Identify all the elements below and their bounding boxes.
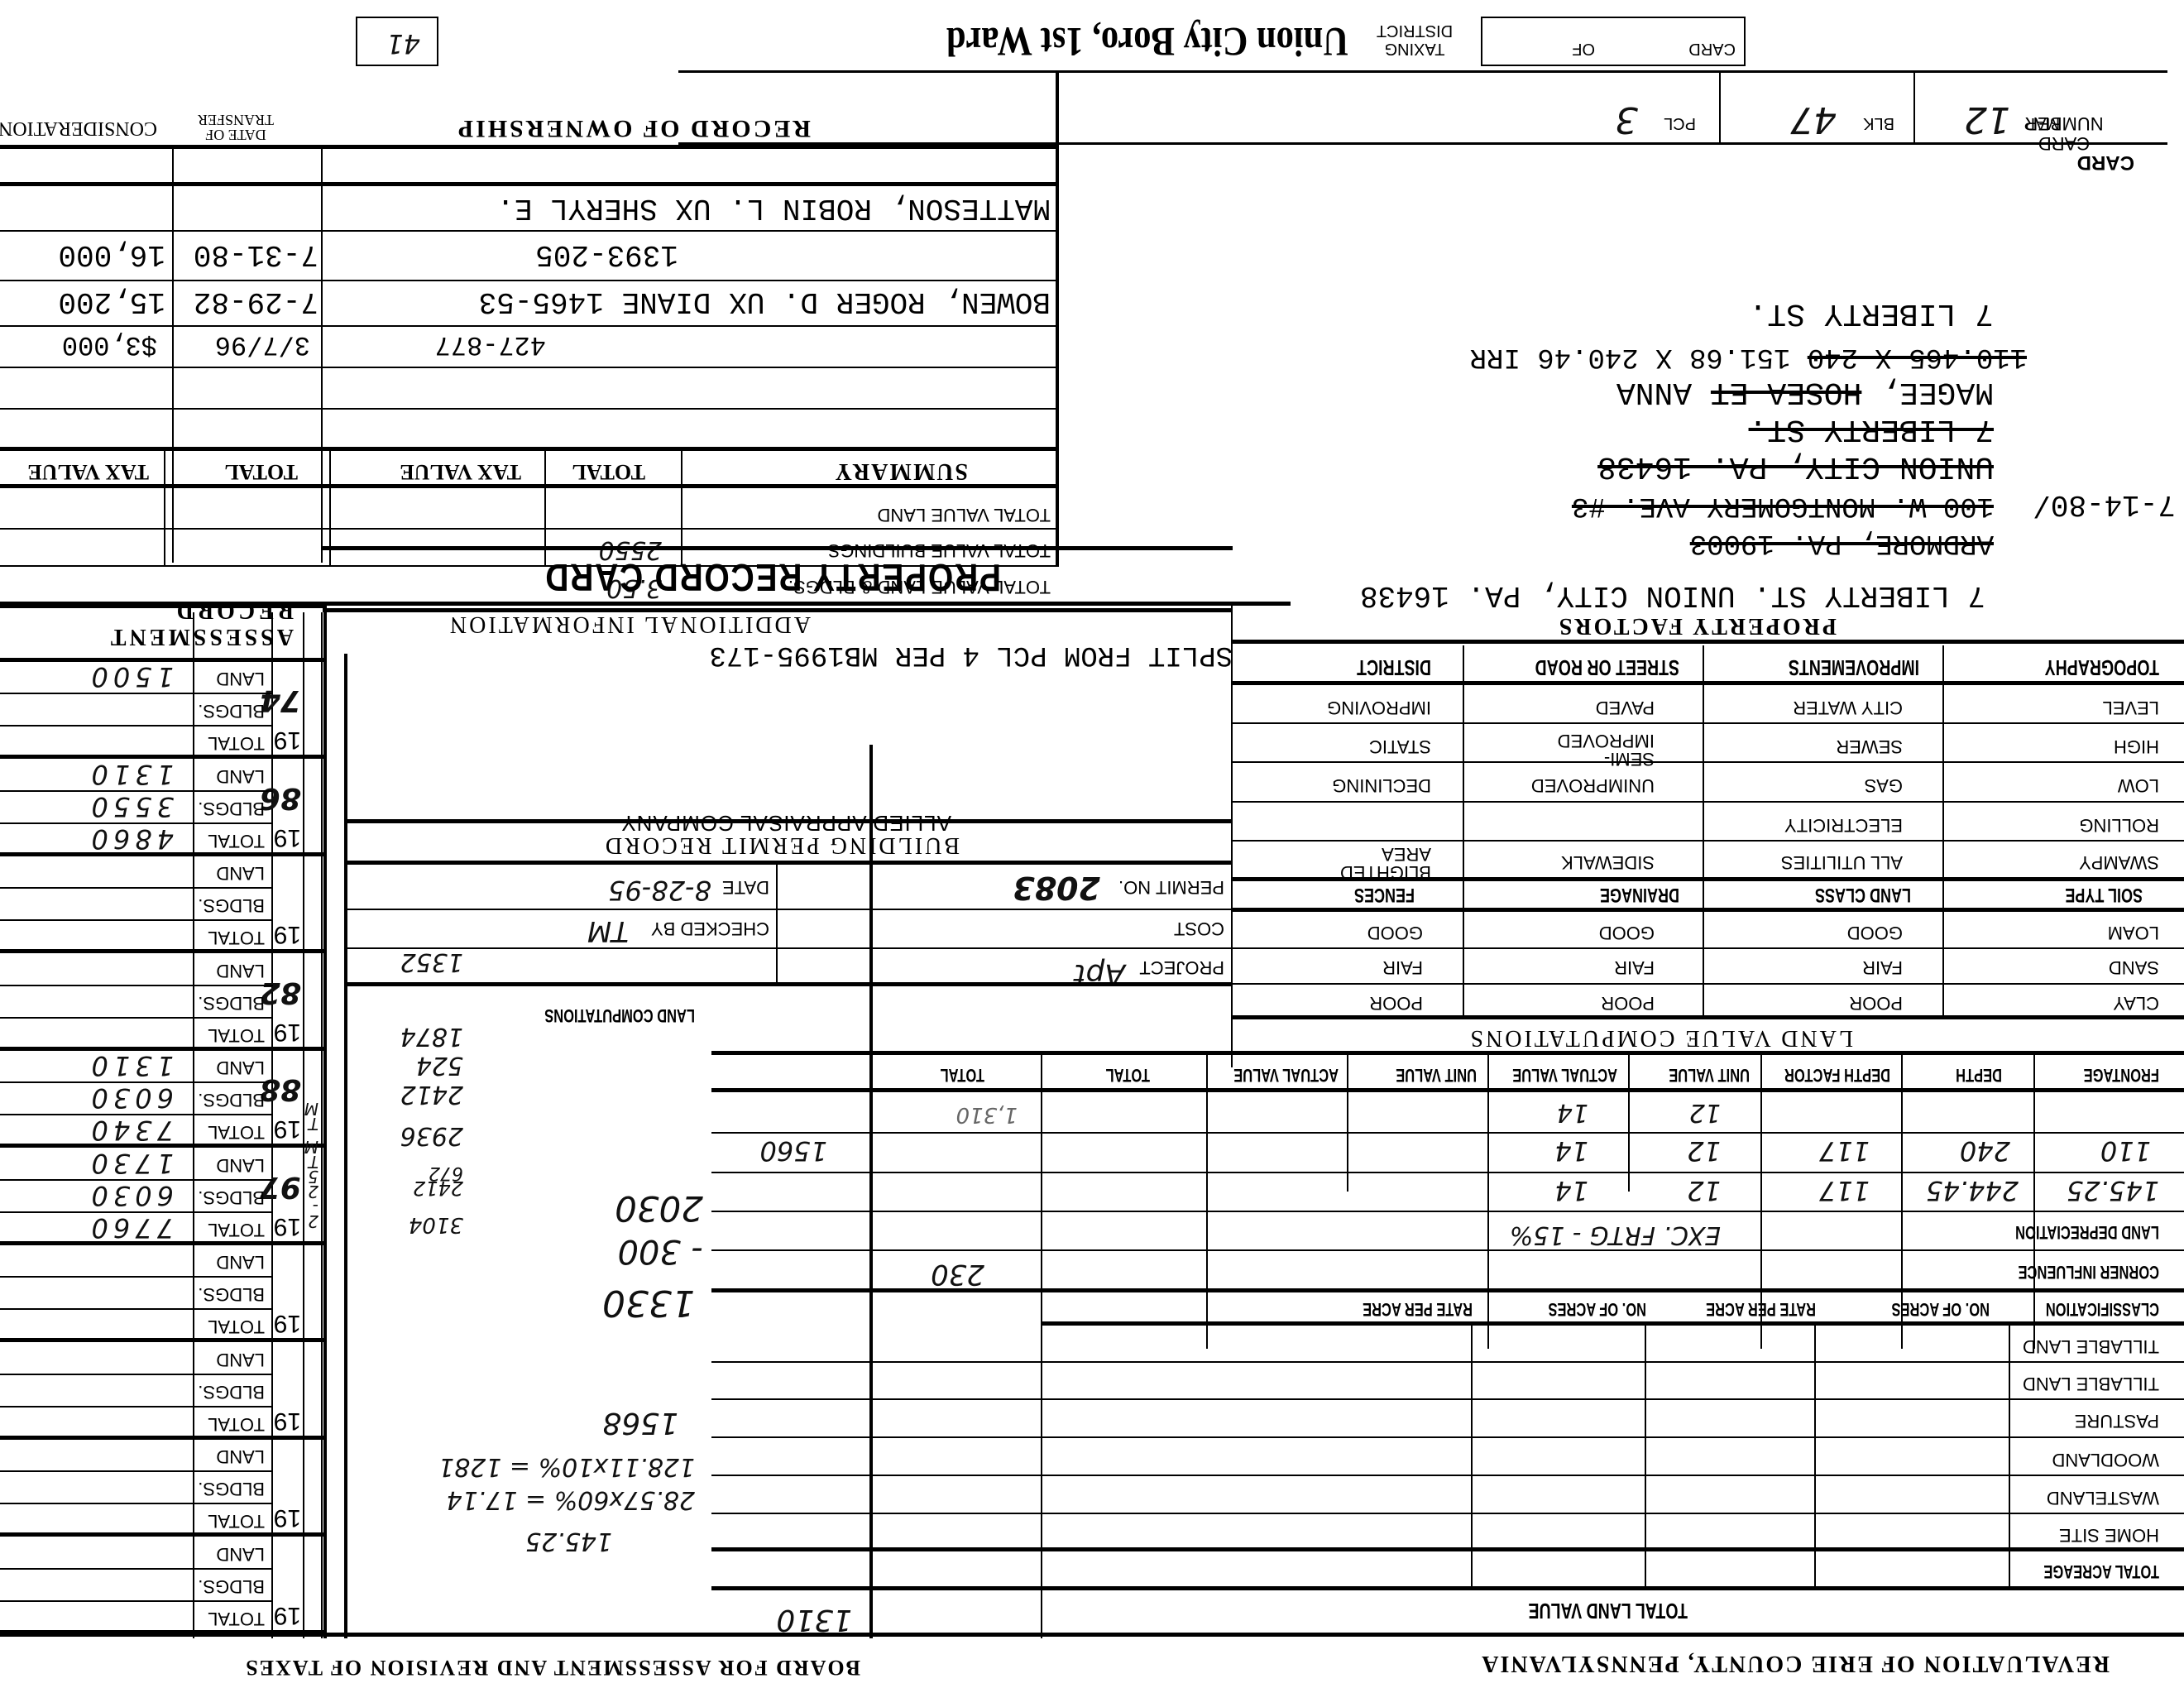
class-pasture: PASTURE bbox=[2075, 1410, 2159, 1431]
pf-loam[interactable]: LOAM bbox=[2108, 922, 2159, 943]
additional-info-text: SPLIT FROM PCL 4 PER MB1995-173 bbox=[709, 639, 1233, 670]
assessment-row-label-land: LAND bbox=[216, 1251, 265, 1273]
assessment-row-label-total: TOTAL bbox=[208, 928, 265, 949]
pf-blighted-area[interactable]: BLIGHTED AREA bbox=[1332, 845, 1431, 881]
blk-value[interactable]: 47 bbox=[1790, 98, 1837, 141]
ownership-col-date: DATE OF TRANSFER bbox=[174, 113, 298, 142]
land-depreciation-note[interactable]: EXC. FRTG - 15% bbox=[1510, 1220, 1721, 1249]
lv-row3-actual-value[interactable]: 14 bbox=[1554, 1175, 1588, 1206]
mailing-address-line2: UNION CITY, PA. 16438 bbox=[1597, 448, 1994, 484]
lv-row2-actual-value[interactable]: 14 bbox=[1554, 1135, 1588, 1167]
lv-row3-frontage[interactable]: 145.25 bbox=[2067, 1175, 2159, 1206]
pf-header-land-class: LAND CLASS bbox=[1815, 883, 1911, 906]
assessment-row-label-land: LAND bbox=[216, 668, 265, 689]
corner-influence-label: CORNER INFLUENCE bbox=[2018, 1261, 2159, 1283]
assessment-year-suffix[interactable]: 82 bbox=[260, 976, 301, 1009]
pf-sidewalk[interactable]: SIDEWALK bbox=[1561, 851, 1655, 873]
summary-row-land-label: TOTAL VALUE LAND bbox=[878, 504, 1051, 525]
lv-row1-total[interactable]: 1,310 bbox=[956, 1102, 1018, 1127]
current-address: 7 LIBERTY ST. UNION CITY, PA. 16438 bbox=[1360, 578, 1985, 612]
lv-row3-depth[interactable]: 244.45 bbox=[1926, 1175, 2019, 1206]
assessment-year-label: 19 bbox=[274, 1310, 301, 1338]
land-comp-right-0: 1330 bbox=[602, 1282, 695, 1324]
mailing-address-line1: 7 LIBERTY ST. bbox=[1749, 411, 1994, 447]
assessment-year-label: 19 bbox=[274, 1115, 301, 1144]
pf-high[interactable]: HIGH bbox=[2114, 736, 2159, 757]
lv-header-frontage: FRONTAGE bbox=[2084, 1064, 2159, 1086]
lv-row3-unit-value[interactable]: 12 bbox=[1687, 1175, 1721, 1206]
assessment-row-label-bldgs: BLDGS. bbox=[198, 1575, 265, 1597]
pcl-value[interactable]: 3 bbox=[1615, 98, 1638, 141]
assessment-row-label-bldgs: BLDGS. bbox=[198, 700, 265, 722]
pf-drainage-fair[interactable]: FAIR bbox=[1614, 957, 1655, 978]
lv-row1-actual-value[interactable]: 14 bbox=[1557, 1098, 1588, 1127]
permit-date-label: DATE bbox=[722, 876, 769, 898]
classification-rate-header-2: RATE PER ACRE bbox=[1363, 1298, 1473, 1320]
assessment-year-label: 19 bbox=[274, 727, 301, 755]
assessment-row-label-total: TOTAL bbox=[208, 733, 265, 755]
pf-drainage-poor[interactable]: POOR bbox=[1601, 992, 1655, 1014]
assessment-row-label-land: LAND bbox=[216, 862, 265, 884]
assessment-value-land[interactable]: 1310 bbox=[87, 1050, 174, 1081]
assessment-row-label-total: TOTAL bbox=[208, 1511, 265, 1532]
summary-col-tax-value-2: TAX VALUE bbox=[27, 459, 149, 484]
class-total-acreage: TOTAL ACREAGE bbox=[2043, 1561, 2159, 1582]
pf-electricity[interactable]: ELECTRICITY bbox=[1784, 814, 1903, 836]
pf-fences-fair[interactable]: FAIR bbox=[1382, 957, 1423, 978]
taxing-district-value[interactable]: Union City Boro, 1st Ward bbox=[946, 18, 1348, 66]
land-depreciation-label: LAND DEPRECIATION bbox=[2015, 1221, 2159, 1243]
permit-project-label: PROJECT bbox=[1139, 957, 1224, 978]
total-land-value-label: TOTAL LAND VALUE bbox=[1529, 1598, 1688, 1623]
land-value-title: LAND VALUE COMPUTATIONS bbox=[1468, 1024, 1853, 1051]
lv-row2-depth-factor[interactable]: 117 bbox=[1819, 1135, 1870, 1167]
address-change-date: 7-14-80/ bbox=[2033, 487, 2176, 521]
pf-rolling[interactable]: ROLLING bbox=[2079, 814, 2159, 836]
pf-header-topography: TOPOGRAPHY bbox=[2045, 655, 2159, 680]
assessment-row-label-bldgs: BLDGS. bbox=[198, 1283, 265, 1305]
pf-swampy[interactable]: SWAMPY bbox=[2079, 851, 2159, 873]
assessment-row-label-bldgs: BLDGS. bbox=[198, 798, 265, 819]
assessment-row-label-land: LAND bbox=[216, 1446, 265, 1467]
corner-influence-value[interactable]: 230 bbox=[931, 1258, 984, 1291]
land-comp-right-4: 128.11x10% = 1281 bbox=[438, 1452, 695, 1481]
assessment-row-label-bldgs: BLDGS. bbox=[198, 1381, 265, 1403]
lv-row2-frontage[interactable]: 110 bbox=[2100, 1135, 2151, 1167]
card-number-block: CARD bbox=[2077, 151, 2134, 174]
total-land-value[interactable]: 1310 bbox=[776, 1603, 852, 1637]
ownership-row-1-deed: 1393-205 bbox=[535, 237, 678, 271]
header-title-left: REVALUATION OF ERIE COUNTY, PENNSYLVANIA bbox=[1480, 1650, 2110, 1676]
permit-cost-label: COST bbox=[1174, 918, 1224, 939]
classification-header: CLASSIFICATION bbox=[2046, 1298, 2159, 1320]
permit-date-value[interactable]: 8-28-95 bbox=[608, 875, 711, 906]
land-comp-line-7: 2412 bbox=[413, 1177, 463, 1200]
assessment-row-label-total: TOTAL bbox=[208, 1316, 265, 1338]
land-comp-line-3: 524 bbox=[416, 1051, 463, 1080]
box-number: 41 bbox=[356, 17, 438, 66]
class-wasteland: WASTELAND bbox=[2047, 1487, 2159, 1508]
lot-dimensions-struck: 110.465 X 240 bbox=[1808, 341, 2027, 372]
class-woodland: WOODLAND bbox=[2052, 1449, 2159, 1470]
ownership-row-2-owner: BOWEN, ROGER D. UX DIANE 1465-53 bbox=[479, 285, 1051, 319]
assessment-value-bldgs[interactable]: 6030 bbox=[87, 1082, 174, 1114]
pf-low[interactable]: LOW bbox=[2118, 774, 2159, 796]
classification-acres-header: NO. OF ACRES bbox=[1891, 1298, 1990, 1320]
pf-land-class-fair[interactable]: FAIR bbox=[1862, 957, 1903, 978]
assessment-year-label: 19 bbox=[274, 1504, 301, 1532]
pf-header-fences: FENCES bbox=[1354, 883, 1415, 906]
pf-clay[interactable]: CLAY bbox=[2113, 992, 2159, 1014]
ownership-col-consideration: CONSIDERATION bbox=[0, 117, 157, 139]
pf-city-water[interactable]: CITY WATER bbox=[1793, 697, 1903, 718]
assessment-year-suffix[interactable]: 86 bbox=[260, 781, 301, 815]
pf-fences-poor[interactable]: POOR bbox=[1369, 992, 1423, 1014]
ownership-row-2-consideration: 15,200 bbox=[58, 285, 165, 319]
pf-header-street: STREET OR ROAD bbox=[1535, 655, 1679, 680]
map-value[interactable]: 12 bbox=[1964, 98, 2010, 141]
map-label: MAP bbox=[2024, 113, 2060, 132]
land-comp-line-4: 2412 bbox=[400, 1080, 463, 1109]
assessment-year-label: 19 bbox=[274, 1018, 301, 1046]
pf-sewer[interactable]: SEWER bbox=[1836, 736, 1903, 757]
lv-header-unit-value-2: UNIT VALUE bbox=[1396, 1064, 1477, 1086]
assessment-year-label: 19 bbox=[274, 921, 301, 949]
assessment-year-label: 19 bbox=[274, 1601, 301, 1629]
lv-row2-total[interactable]: 1560 bbox=[760, 1135, 827, 1167]
pf-header-improvements: IMPROVEMENTS bbox=[1789, 655, 1919, 680]
lv-header-unit-value: UNIT VALUE bbox=[1669, 1064, 1750, 1086]
pf-header-soil-type: SOIL TYPE bbox=[2065, 883, 2143, 906]
mailing-address-line4: ARDMORE, PA. 19003 bbox=[1690, 527, 1994, 559]
pf-declining[interactable]: DECLINING bbox=[1332, 774, 1431, 796]
assessment-row-label-land: LAND bbox=[216, 960, 265, 981]
assessment-row-label-bldgs: BLDGS. bbox=[198, 894, 265, 916]
class-tillable-2: TILLABLE LAND bbox=[2023, 1373, 2159, 1394]
property-factors-title: PROPERTY FACTORS bbox=[1557, 612, 1837, 639]
permit-no-label: PERMIT NO. bbox=[1118, 876, 1224, 898]
parcel-id-row bbox=[678, 70, 2167, 145]
additional-info-label: ADDITIONAL INFORMATION bbox=[448, 611, 811, 637]
assessment-row-label-bldgs: BLDGS. bbox=[198, 992, 265, 1014]
land-comp-line-2: 1874 bbox=[400, 1022, 463, 1051]
summary-col-total-2: TOTAL bbox=[224, 459, 298, 484]
pf-all-utilities[interactable]: ALL UTILITIES bbox=[1781, 851, 1903, 873]
pf-land-class-poor[interactable]: POOR bbox=[1849, 992, 1903, 1014]
lv-row2-unit-value[interactable]: 12 bbox=[1687, 1135, 1721, 1167]
owner-name: MAGEE, HOSEA ET ANNA bbox=[1616, 374, 1994, 410]
land-comp-right-6: 145.25 bbox=[525, 1527, 612, 1556]
pf-unimproved[interactable]: UNIMPROVED bbox=[1531, 774, 1655, 796]
land-comp-right-5: 28.57x60% = 17.14 bbox=[447, 1485, 695, 1514]
taxing-district-label: TAXING DISTRICT bbox=[1373, 22, 1456, 58]
land-comp-line-5: 2936 bbox=[400, 1121, 463, 1150]
land-comp-right-2: - 300 bbox=[618, 1232, 704, 1270]
assessment-year-suffix[interactable]: 97 bbox=[260, 1170, 301, 1204]
pf-gas[interactable]: GAS bbox=[1865, 774, 1903, 796]
ownership-row-3-date: 3/7/96 bbox=[215, 329, 310, 360]
ownership-row-3-deed: 427-877 bbox=[435, 329, 546, 360]
lv-header-total-2: TOTAL bbox=[941, 1064, 984, 1086]
land-comp-right-3: 1568 bbox=[602, 1406, 678, 1440]
assessment-value-total[interactable]: 4860 bbox=[87, 823, 174, 855]
property-address: 7 LIBERTY ST. bbox=[1749, 295, 1994, 331]
lv-header-depth: DEPTH bbox=[1956, 1064, 2002, 1086]
lv-header-total: TOTAL bbox=[1106, 1064, 1150, 1086]
lv-row2-depth[interactable]: 240 bbox=[1960, 1135, 2010, 1167]
classification-rate-header: RATE PER ACRE bbox=[1706, 1298, 1816, 1320]
assessment-row-label-total: TOTAL bbox=[208, 1413, 265, 1435]
assessment-initials[interactable]: 2-25 TM bbox=[305, 1139, 318, 1229]
ownership-row-1-owner: MATTESON, ROBIN L. UX SHERYL E. bbox=[496, 191, 1051, 225]
assessment-row-label-bldgs: BLDGS. bbox=[198, 1089, 265, 1110]
lv-header-actual-value-2: ACTUAL VALUE bbox=[1233, 1064, 1339, 1086]
pf-land-class-good[interactable]: GOOD bbox=[1847, 922, 1903, 943]
pf-paved[interactable]: PAVED bbox=[1596, 697, 1655, 718]
property-record-card: REVALUATION OF ERIE COUNTY, PENNSYLVANIA… bbox=[0, 0, 2184, 1688]
assessment-value-land[interactable]: 1310 bbox=[87, 759, 174, 790]
assessment-year-label: 19 bbox=[274, 1407, 301, 1435]
summary-title: SUMMARY bbox=[834, 458, 968, 484]
assessment-row-label-total: TOTAL bbox=[208, 1122, 265, 1144]
pf-sand[interactable]: SAND bbox=[2109, 957, 2159, 978]
assessment-year-suffix[interactable]: 74 bbox=[260, 684, 301, 718]
pf-improving[interactable]: IMPROVING bbox=[1327, 697, 1431, 718]
assessment-year-label: 19 bbox=[274, 1212, 301, 1240]
land-comp-line-8: 3104 bbox=[409, 1212, 463, 1237]
land-comp-right-1: 2030 bbox=[615, 1188, 703, 1229]
classification-acres-header-2: NO. OF ACRES bbox=[1548, 1298, 1646, 1320]
ownership-row-3-consideration: $3,000 bbox=[62, 329, 157, 360]
mailing-address-line3: 100 W. MONTGOMERY AVE. #3 bbox=[1572, 490, 1994, 521]
permit-no-value[interactable]: 2083 bbox=[1013, 870, 1100, 906]
blk-label: BLK bbox=[1863, 113, 1894, 132]
assessment-value-total[interactable]: 7340 bbox=[87, 1115, 174, 1147]
assessment-row-label-bldgs: BLDGS. bbox=[198, 1187, 265, 1208]
class-tillable-1: TILLABLE LAND bbox=[2023, 1336, 2159, 1357]
ownership-row-1-consideration: 16,000 bbox=[58, 237, 165, 271]
appraisal-company: ALLIED APPRAISAL COMPANY bbox=[620, 810, 951, 836]
ownership-row-2-date: 7-29-82 bbox=[194, 285, 318, 319]
pf-header-drainage: DRAINAGE bbox=[1600, 883, 1679, 906]
assessment-year-suffix[interactable]: 88 bbox=[260, 1073, 301, 1107]
land-computations-title: LAND COMPUTATIONS bbox=[544, 1005, 695, 1026]
pf-drainage-good[interactable]: GOOD bbox=[1599, 922, 1655, 943]
lv-header-depth-factor: DEPTH FACTOR bbox=[1784, 1064, 1890, 1086]
land-comp-line-1: 1352 bbox=[400, 947, 463, 976]
pcl-label: PCL bbox=[1664, 113, 1696, 132]
permit-checked-by-value[interactable]: TM bbox=[587, 914, 629, 947]
property-record-card-title: PROPERTY RECORD CARD bbox=[544, 555, 1002, 600]
assessment-value-land[interactable]: 1500 bbox=[87, 661, 174, 693]
permit-checked-by-label: CHECKED BY bbox=[651, 918, 769, 939]
ownership-row-1-date: 7-31-80 bbox=[194, 237, 318, 271]
lot-dimensions: 110.465 X 240 151.68 X 240.46 IRR bbox=[1470, 341, 2027, 372]
pf-static[interactable]: STATIC bbox=[1369, 736, 1431, 757]
class-home-site: HOME SITE bbox=[2059, 1524, 2159, 1546]
ownership-title: RECORD OF OWNERSHIP bbox=[456, 114, 811, 142]
summary-col-total: TOTAL bbox=[572, 459, 645, 484]
assessment-row-label-total: TOTAL bbox=[208, 1024, 265, 1046]
assessment-row-label-land: LAND bbox=[216, 1349, 265, 1370]
lv-row3-depth-factor[interactable]: 117 bbox=[1819, 1175, 1870, 1206]
assessment-row-label-bldgs: BLDGS. bbox=[198, 1478, 265, 1499]
assessment-value-bldgs[interactable]: 6030 bbox=[87, 1180, 174, 1211]
assessment-initials[interactable]: TM bbox=[305, 1102, 318, 1132]
pf-level[interactable]: LEVEL bbox=[2103, 697, 2160, 718]
assessment-row-label-land: LAND bbox=[216, 1154, 265, 1176]
summary-col-tax-value: TAX VALUE bbox=[400, 459, 521, 484]
pf-header-district: DISTRICT bbox=[1357, 655, 1431, 680]
assessment-value-land[interactable]: 1730 bbox=[87, 1148, 174, 1179]
assessment-row-label-land: LAND bbox=[216, 765, 265, 787]
assessment-row-label-total: TOTAL bbox=[208, 1608, 265, 1629]
assessment-value-bldgs[interactable]: 3550 bbox=[87, 791, 174, 822]
assessment-row-label-land: LAND bbox=[216, 1057, 265, 1078]
lot-dimensions-current: 151.68 X 240.46 IRR bbox=[1470, 341, 1791, 372]
card-of-box: CARD OF bbox=[1481, 17, 1746, 66]
assessment-row-label-total: TOTAL bbox=[208, 1219, 265, 1240]
assessment-year-label: 19 bbox=[274, 823, 301, 851]
assessment-row-label-land: LAND bbox=[216, 1543, 265, 1565]
lv-header-actual-value: ACTUAL VALUE bbox=[1512, 1064, 1617, 1086]
assessment-row-label-total: TOTAL bbox=[208, 830, 265, 851]
header-title-right: BOARD FOR ASSESSMENT AND REVISION OF TAX… bbox=[244, 1655, 860, 1680]
assessment-value-total[interactable]: 7760 bbox=[87, 1212, 174, 1244]
lv-row1-unit-value[interactable]: 12 bbox=[1689, 1098, 1721, 1127]
pf-fences-good[interactable]: GOOD bbox=[1367, 922, 1423, 943]
